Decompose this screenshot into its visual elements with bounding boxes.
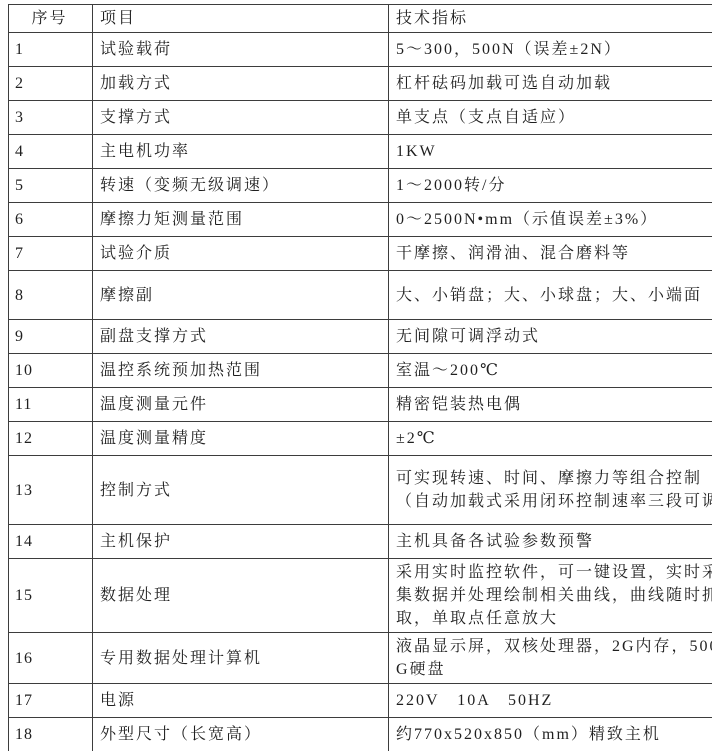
row-spec-cell: 可实现转速、时间、摩擦力等组合控制（自动加载式采用闭环控制速率三段可调）: [389, 456, 712, 525]
row-number-cell: 9: [9, 320, 93, 354]
table-row: 18 外型尺寸（长宽高） 约770x520x850（mm）精致主机: [9, 718, 712, 751]
row-spec-cell: 1～2000转/分: [389, 169, 712, 203]
row-number-cell: 10: [9, 354, 93, 388]
header-cell-no: 序号: [9, 5, 93, 33]
row-spec-cell: 采用实时监控软件，可一键设置，实时采集数据并处理绘制相关曲线，曲线随时抓取，单取…: [389, 559, 712, 633]
header-cell-spec: 技术指标: [389, 5, 712, 33]
row-number-cell: 2: [9, 67, 93, 101]
row-spec-cell: 单支点（支点自适应）: [389, 101, 712, 135]
table-row: 12 温度测量精度 ±2℃: [9, 422, 712, 456]
row-number-cell: 18: [9, 718, 93, 751]
row-item-cell: 试验介质: [93, 237, 389, 271]
row-spec-cell: ±2℃: [389, 422, 712, 456]
table-row: 15 数据处理 采用实时监控软件，可一键设置，实时采集数据并处理绘制相关曲线，曲…: [9, 559, 712, 633]
table-header: 序号 项目 技术指标: [9, 5, 712, 33]
row-number-cell: 4: [9, 135, 93, 169]
row-spec-cell: 大、小销盘；大、小球盘；大、小端面: [389, 271, 712, 320]
row-number-cell: 3: [9, 101, 93, 135]
row-item-cell: 温度测量元件: [93, 388, 389, 422]
table-body: 1 试验载荷 5～300，500N（误差±2N） 2 加载方式 杠杆砝码加载可选…: [9, 33, 712, 751]
table-row: 7 试验介质 干摩擦、润滑油、混合磨料等: [9, 237, 712, 271]
header-cell-item: 项目: [93, 5, 389, 33]
row-item-cell: 副盘支撑方式: [93, 320, 389, 354]
row-spec-cell: 5～300，500N（误差±2N）: [389, 33, 712, 67]
row-spec-cell: 室温～200℃: [389, 354, 712, 388]
table-row: 16 专用数据处理计算机 液晶显示屏，双核处理器，2G内存，500G硬盘: [9, 633, 712, 684]
row-number-cell: 1: [9, 33, 93, 67]
row-number-cell: 5: [9, 169, 93, 203]
row-item-cell: 主电机功率: [93, 135, 389, 169]
table-row: 14 主机保护 主机具备各试验参数预警: [9, 525, 712, 559]
row-spec-cell: 杠杆砝码加载可选自动加载: [389, 67, 712, 101]
row-number-cell: 15: [9, 559, 93, 633]
row-spec-cell: 无间隙可调浮动式: [389, 320, 712, 354]
row-item-cell: 数据处理: [93, 559, 389, 633]
row-spec-cell: 1KW: [389, 135, 712, 169]
table-row: 9 副盘支撑方式 无间隙可调浮动式: [9, 320, 712, 354]
row-number-cell: 14: [9, 525, 93, 559]
row-item-cell: 转速（变频无级调速）: [93, 169, 389, 203]
row-item-cell: 电源: [93, 684, 389, 718]
row-number-cell: 17: [9, 684, 93, 718]
spec-table: 序号 项目 技术指标 1 试验载荷 5～300，500N（误差±2N） 2 加载…: [8, 4, 712, 751]
row-spec-cell: 液晶显示屏，双核处理器，2G内存，500G硬盘: [389, 633, 712, 684]
row-item-cell: 主机保护: [93, 525, 389, 559]
table-row: 6 摩擦力矩测量范围 0～2500N•mm（示值误差±3%）: [9, 203, 712, 237]
table-row: 4 主电机功率 1KW: [9, 135, 712, 169]
row-number-cell: 16: [9, 633, 93, 684]
row-item-cell: 控制方式: [93, 456, 389, 525]
table-row: 13 控制方式 可实现转速、时间、摩擦力等组合控制（自动加载式采用闭环控制速率三…: [9, 456, 712, 525]
table-row: 5 转速（变频无级调速） 1～2000转/分: [9, 169, 712, 203]
row-spec-cell: 干摩擦、润滑油、混合磨料等: [389, 237, 712, 271]
row-spec-cell: 220V 10A 50HZ: [389, 684, 712, 718]
table-row: 11 温度测量元件 精密铠装热电偶: [9, 388, 712, 422]
row-item-cell: 摩擦副: [93, 271, 389, 320]
row-item-cell: 温度测量精度: [93, 422, 389, 456]
table-row: 17 电源 220V 10A 50HZ: [9, 684, 712, 718]
table-row: 8 摩擦副 大、小销盘；大、小球盘；大、小端面: [9, 271, 712, 320]
row-item-cell: 温控系统预加热范围: [93, 354, 389, 388]
row-number-cell: 6: [9, 203, 93, 237]
row-spec-cell: 约770x520x850（mm）精致主机: [389, 718, 712, 751]
row-number-cell: 12: [9, 422, 93, 456]
table-row: 3 支撑方式 单支点（支点自适应）: [9, 101, 712, 135]
table-row: 2 加载方式 杠杆砝码加载可选自动加载: [9, 67, 712, 101]
row-number-cell: 7: [9, 237, 93, 271]
row-spec-cell: 主机具备各试验参数预警: [389, 525, 712, 559]
table-row: 10 温控系统预加热范围 室温～200℃: [9, 354, 712, 388]
row-item-cell: 摩擦力矩测量范围: [93, 203, 389, 237]
row-item-cell: 专用数据处理计算机: [93, 633, 389, 684]
row-item-cell: 外型尺寸（长宽高）: [93, 718, 389, 751]
row-spec-cell: 0～2500N•mm（示值误差±3%）: [389, 203, 712, 237]
row-item-cell: 加载方式: [93, 67, 389, 101]
row-item-cell: 试验载荷: [93, 33, 389, 67]
row-item-cell: 支撑方式: [93, 101, 389, 135]
header-row: 序号 项目 技术指标: [9, 5, 712, 33]
table-row: 1 试验载荷 5～300，500N（误差±2N）: [9, 33, 712, 67]
row-spec-cell: 精密铠装热电偶: [389, 388, 712, 422]
document-page: 序号 项目 技术指标 1 试验载荷 5～300，500N（误差±2N） 2 加载…: [0, 0, 712, 751]
row-number-cell: 11: [9, 388, 93, 422]
row-number-cell: 8: [9, 271, 93, 320]
row-number-cell: 13: [9, 456, 93, 525]
